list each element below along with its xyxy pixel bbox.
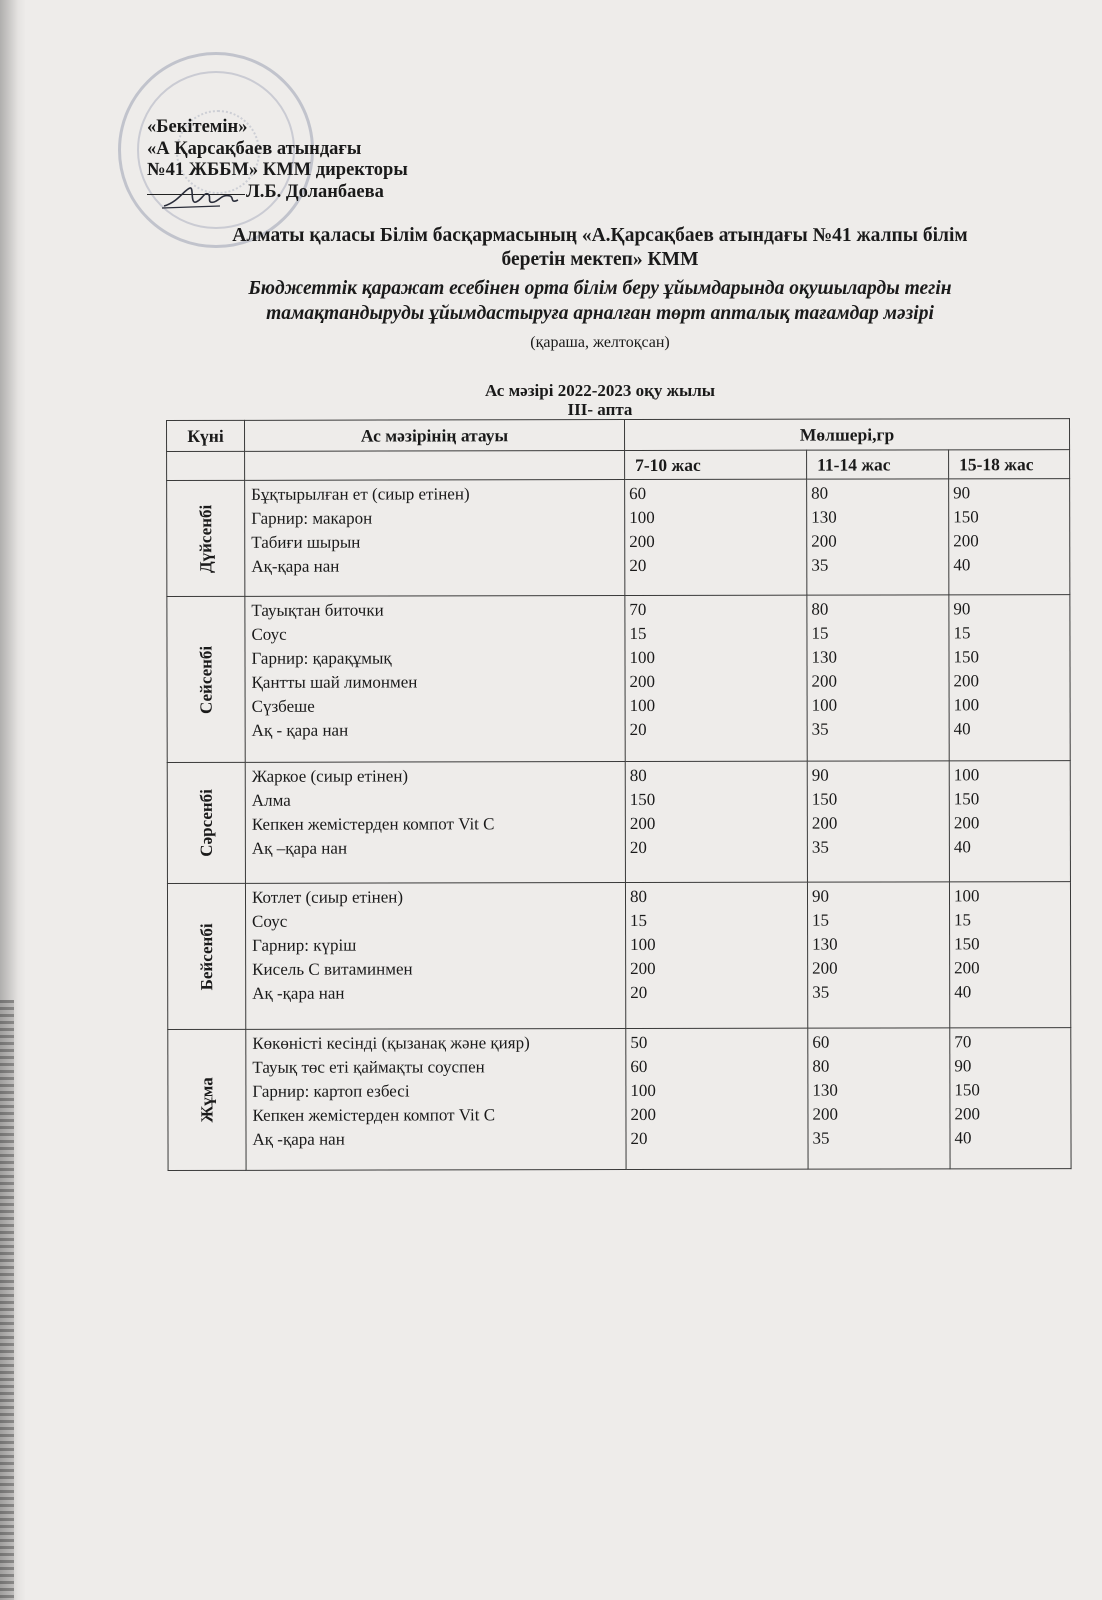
portion-value: 35 bbox=[812, 980, 949, 1004]
table-subheader-row: 7-10 жас 11-14 жас 15-18 жас bbox=[167, 450, 1070, 481]
portion-value: 100 bbox=[812, 693, 949, 717]
approval-line-1: «Бекітемін» bbox=[147, 117, 408, 139]
portion-cell-15-18: 709015020040 bbox=[950, 1028, 1071, 1169]
day-cell: Дүйсенбі bbox=[167, 480, 245, 596]
dish-name: Табиғи шырын bbox=[251, 530, 624, 555]
portion-value: 20 bbox=[630, 1127, 807, 1151]
portion-value: 150 bbox=[812, 787, 949, 811]
dish-name: Ақ - қара нан bbox=[252, 718, 625, 743]
portion-value: 200 bbox=[812, 956, 949, 980]
portion-value: 100 bbox=[954, 693, 1070, 717]
portion-value: 200 bbox=[953, 529, 1069, 553]
portion-cell-15-18: 10015020040 bbox=[949, 761, 1070, 882]
portion-value: 15 bbox=[812, 908, 949, 932]
dish-name: Ақ -қара нан bbox=[252, 981, 625, 1006]
portion-value: 200 bbox=[811, 529, 948, 553]
dish-name: Гарнир: макарон bbox=[251, 506, 624, 531]
portion-value: 15 bbox=[954, 908, 1070, 932]
portion-value: 15 bbox=[811, 621, 948, 645]
table-header-row: Күні Ас мәзірінің атауы Мөлшері,гр bbox=[167, 419, 1070, 452]
portion-value: 200 bbox=[812, 811, 949, 835]
dish-name: Көкөністі кесінді (қызанақ және қияр) bbox=[252, 1031, 625, 1056]
dish-name: Кепкен жемістерден компот Vit C bbox=[252, 1103, 625, 1128]
portion-cell-11-14: 608013020035 bbox=[808, 1028, 950, 1169]
day-label: Дүйсенбі bbox=[196, 504, 216, 572]
portion-cell-15-18: 901515020010040 bbox=[949, 595, 1070, 761]
portion-value: 50 bbox=[630, 1031, 807, 1055]
portion-value: 80 bbox=[811, 481, 948, 505]
portion-cell-11-14: 901513020035 bbox=[807, 882, 949, 1028]
approval-line-2: «А Қарсақбаев атындағы bbox=[147, 139, 408, 161]
header-age-15-18: 15-18 жас bbox=[949, 450, 1070, 479]
portion-cell-7-10: 701510020010020 bbox=[625, 595, 807, 761]
portion-value: 80 bbox=[811, 597, 948, 621]
dishes-cell: Көкөністі кесінді (қызанақ және қияр)Тау… bbox=[246, 1029, 626, 1171]
portion-value: 130 bbox=[811, 505, 948, 529]
portion-value: 90 bbox=[954, 1054, 1070, 1078]
portion-value: 60 bbox=[630, 1055, 807, 1079]
header-age-7-10: 7-10 жас bbox=[625, 450, 807, 479]
day-cell: Жұма bbox=[168, 1029, 246, 1170]
portion-cell-11-14: 8013020035 bbox=[807, 479, 949, 595]
dish-name: Тауықтан биточки bbox=[251, 598, 624, 623]
portion-value: 15 bbox=[629, 622, 806, 646]
subheader-empty-name bbox=[245, 451, 625, 481]
portion-value: 40 bbox=[953, 553, 1069, 577]
portion-value: 100 bbox=[630, 694, 807, 718]
portion-value: 100 bbox=[629, 506, 806, 530]
portion-cell-7-10: 801510020020 bbox=[625, 882, 807, 1028]
table-row: БейсенбіКотлет (сиыр етінен)СоусГарнир: … bbox=[167, 882, 1070, 1030]
menu-table-body: ДүйсенбіБұқтырылған ет (сиыр етінен)Гарн… bbox=[167, 479, 1071, 1171]
dish-name: Гарнир: картоп езбесі bbox=[252, 1079, 625, 1104]
day-cell: Сейсенбі bbox=[167, 596, 245, 762]
dish-name: Гарнир: қарақұмық bbox=[251, 646, 624, 671]
portion-value: 40 bbox=[954, 1126, 1070, 1150]
signatory-name: Л.Б. Доланбаева bbox=[246, 182, 384, 202]
header-age-11-14: 11-14 жас bbox=[807, 450, 949, 479]
document-subtitle-line-1: Бюджеттік қаражат есебінен орта білім бе… bbox=[130, 276, 1070, 301]
portion-cell-15-18: 9015020040 bbox=[949, 479, 1070, 595]
portion-cell-11-14: 9015020035 bbox=[807, 761, 949, 882]
portion-value: 200 bbox=[630, 670, 807, 694]
portion-value: 20 bbox=[630, 981, 807, 1005]
portion-value: 80 bbox=[630, 764, 807, 788]
portion-value: 130 bbox=[811, 645, 948, 669]
dish-name: Бұқтырылған ет (сиыр етінен) bbox=[251, 482, 624, 507]
organization-title: Алматы қаласы Білім басқармасының «А.Қар… bbox=[130, 224, 1070, 272]
portion-cell-7-10: 506010020020 bbox=[626, 1028, 808, 1169]
portion-value: 15 bbox=[630, 909, 807, 933]
portion-value: 40 bbox=[954, 835, 1070, 859]
dishes-cell: Жаркое (сиыр етінен)АлмаКепкен жемістерд… bbox=[245, 762, 625, 884]
organization-title-line-1: Алматы қаласы Білім басқармасының «А.Қар… bbox=[130, 224, 1070, 248]
approval-line-3: №41 ЖББМ» КММ директоры bbox=[147, 160, 408, 182]
week-label: ІІІ- апта bbox=[130, 400, 1070, 420]
portion-value: 90 bbox=[953, 481, 1069, 505]
day-label: Сейсенбі bbox=[196, 645, 216, 713]
portion-value: 20 bbox=[629, 554, 806, 578]
paper-edge-scan-artifact bbox=[0, 1000, 14, 1600]
portion-value: 100 bbox=[630, 1079, 807, 1103]
document-subtitle-line-2: тамақтандыруды ұйымдастыруға арналған тө… bbox=[130, 301, 1070, 326]
day-cell: Сәрсенбі bbox=[167, 762, 245, 883]
academic-year-label: Ас мәзірі 2022-2023 оқу жылы bbox=[130, 381, 1070, 401]
table-row: СейсенбіТауықтан биточкиСоусГарнир: қара… bbox=[167, 595, 1070, 763]
portion-value: 35 bbox=[812, 1126, 949, 1150]
table-row: СәрсенбіЖаркое (сиыр етінен)АлмаКепкен ж… bbox=[167, 761, 1070, 884]
portion-value: 200 bbox=[954, 956, 1070, 980]
table-row: ЖұмаКөкөністі кесінді (қызанақ және қияр… bbox=[168, 1028, 1071, 1171]
portion-value: 130 bbox=[812, 1078, 949, 1102]
portion-value: 15 bbox=[953, 621, 1069, 645]
portion-value: 200 bbox=[954, 1102, 1070, 1126]
dish-name: Алма bbox=[252, 788, 625, 813]
portion-cell-15-18: 1001515020040 bbox=[949, 882, 1070, 1028]
header-day: Күні bbox=[167, 420, 245, 451]
portion-value: 35 bbox=[811, 553, 948, 577]
portion-value: 35 bbox=[812, 717, 949, 741]
portion-value: 150 bbox=[954, 1078, 1070, 1102]
dish-name: Сүзбеше bbox=[252, 694, 625, 719]
portion-value: 20 bbox=[630, 718, 807, 742]
document-subtitle: Бюджеттік қаражат есебінен орта білім бе… bbox=[130, 276, 1070, 326]
dish-name: Котлет (сиыр етінен) bbox=[252, 885, 625, 910]
portion-value: 150 bbox=[953, 645, 1069, 669]
dishes-cell: Тауықтан биточкиСоусГарнир: қарақұмықҚан… bbox=[245, 596, 625, 763]
portion-value: 150 bbox=[953, 505, 1069, 529]
header-menu-name: Ас мәзірінің атауы bbox=[245, 420, 625, 452]
portion-value: 200 bbox=[812, 1102, 949, 1126]
day-label: Сәрсенбі bbox=[196, 789, 216, 857]
portion-value: 200 bbox=[629, 530, 806, 554]
portion-value: 60 bbox=[812, 1030, 949, 1054]
portion-value: 90 bbox=[953, 597, 1069, 621]
header-amount: Мөлшері,гр bbox=[625, 419, 1070, 451]
portion-value: 130 bbox=[812, 932, 949, 956]
dish-name: Жаркое (сиыр етінен) bbox=[252, 764, 625, 789]
portion-value: 200 bbox=[812, 669, 949, 693]
dish-name: Кисель С витаминмен bbox=[252, 957, 625, 982]
portion-value: 90 bbox=[812, 763, 949, 787]
portion-value: 100 bbox=[630, 933, 807, 957]
portion-value: 40 bbox=[954, 717, 1070, 741]
dish-name: Ақ-қара нан bbox=[251, 554, 624, 579]
subheader-empty-day bbox=[167, 451, 245, 480]
dishes-cell: Бұқтырылған ет (сиыр етінен)Гарнир: мака… bbox=[245, 480, 625, 597]
day-cell: Бейсенбі bbox=[167, 883, 245, 1029]
dishes-cell: Котлет (сиыр етінен)СоусГарнир: күрішКис… bbox=[245, 883, 625, 1030]
portion-value: 150 bbox=[630, 788, 807, 812]
menu-table: Күні Ас мәзірінің атауы Мөлшері,гр 7-10 … bbox=[166, 418, 1072, 1171]
portion-value: 150 bbox=[954, 787, 1070, 811]
portion-value: 80 bbox=[812, 1054, 949, 1078]
dish-name: Гарнир: күріш bbox=[252, 933, 625, 958]
portion-cell-7-10: 8015020020 bbox=[625, 761, 807, 882]
portion-value: 40 bbox=[954, 980, 1070, 1004]
organization-title-line-2: беретін мектеп» КММ bbox=[130, 248, 1070, 272]
portion-value: 90 bbox=[812, 884, 949, 908]
portion-value: 150 bbox=[954, 932, 1070, 956]
handwritten-signature-icon bbox=[160, 182, 250, 212]
dish-name: Ақ -қара нан bbox=[252, 1127, 625, 1152]
dish-name: Соус bbox=[252, 909, 625, 934]
portion-value: 100 bbox=[954, 763, 1070, 787]
portion-value: 200 bbox=[630, 957, 807, 981]
dish-name: Соус bbox=[251, 622, 624, 647]
portion-value: 70 bbox=[954, 1030, 1070, 1054]
period-label: (қараша, желтоқсан) bbox=[130, 333, 1070, 353]
dish-name: Кепкен жемістерден компот Vit C bbox=[252, 812, 625, 837]
table-row: ДүйсенбіБұқтырылған ет (сиыр етінен)Гарн… bbox=[167, 479, 1070, 597]
portion-value: 200 bbox=[630, 812, 807, 836]
portion-value: 20 bbox=[630, 836, 807, 860]
portion-value: 200 bbox=[630, 1103, 807, 1127]
day-label: Жұма bbox=[197, 1077, 217, 1122]
portion-value: 100 bbox=[629, 646, 806, 670]
portion-value: 80 bbox=[630, 885, 807, 909]
portion-cell-7-10: 6010020020 bbox=[625, 479, 807, 595]
portion-value: 100 bbox=[954, 884, 1070, 908]
portion-value: 35 bbox=[812, 835, 949, 859]
dish-name: Ақ –қара нан bbox=[252, 836, 625, 861]
dish-name: Тауық төс еті қаймақты соуспен bbox=[252, 1055, 625, 1080]
day-label: Бейсенбі bbox=[197, 923, 217, 990]
portion-value: 200 bbox=[954, 811, 1070, 835]
portion-cell-11-14: 801513020010035 bbox=[807, 595, 949, 761]
portion-value: 70 bbox=[629, 598, 806, 622]
portion-value: 60 bbox=[629, 482, 806, 506]
portion-value: 200 bbox=[954, 669, 1070, 693]
dish-name: Қантты шай лимонмен bbox=[252, 670, 625, 695]
